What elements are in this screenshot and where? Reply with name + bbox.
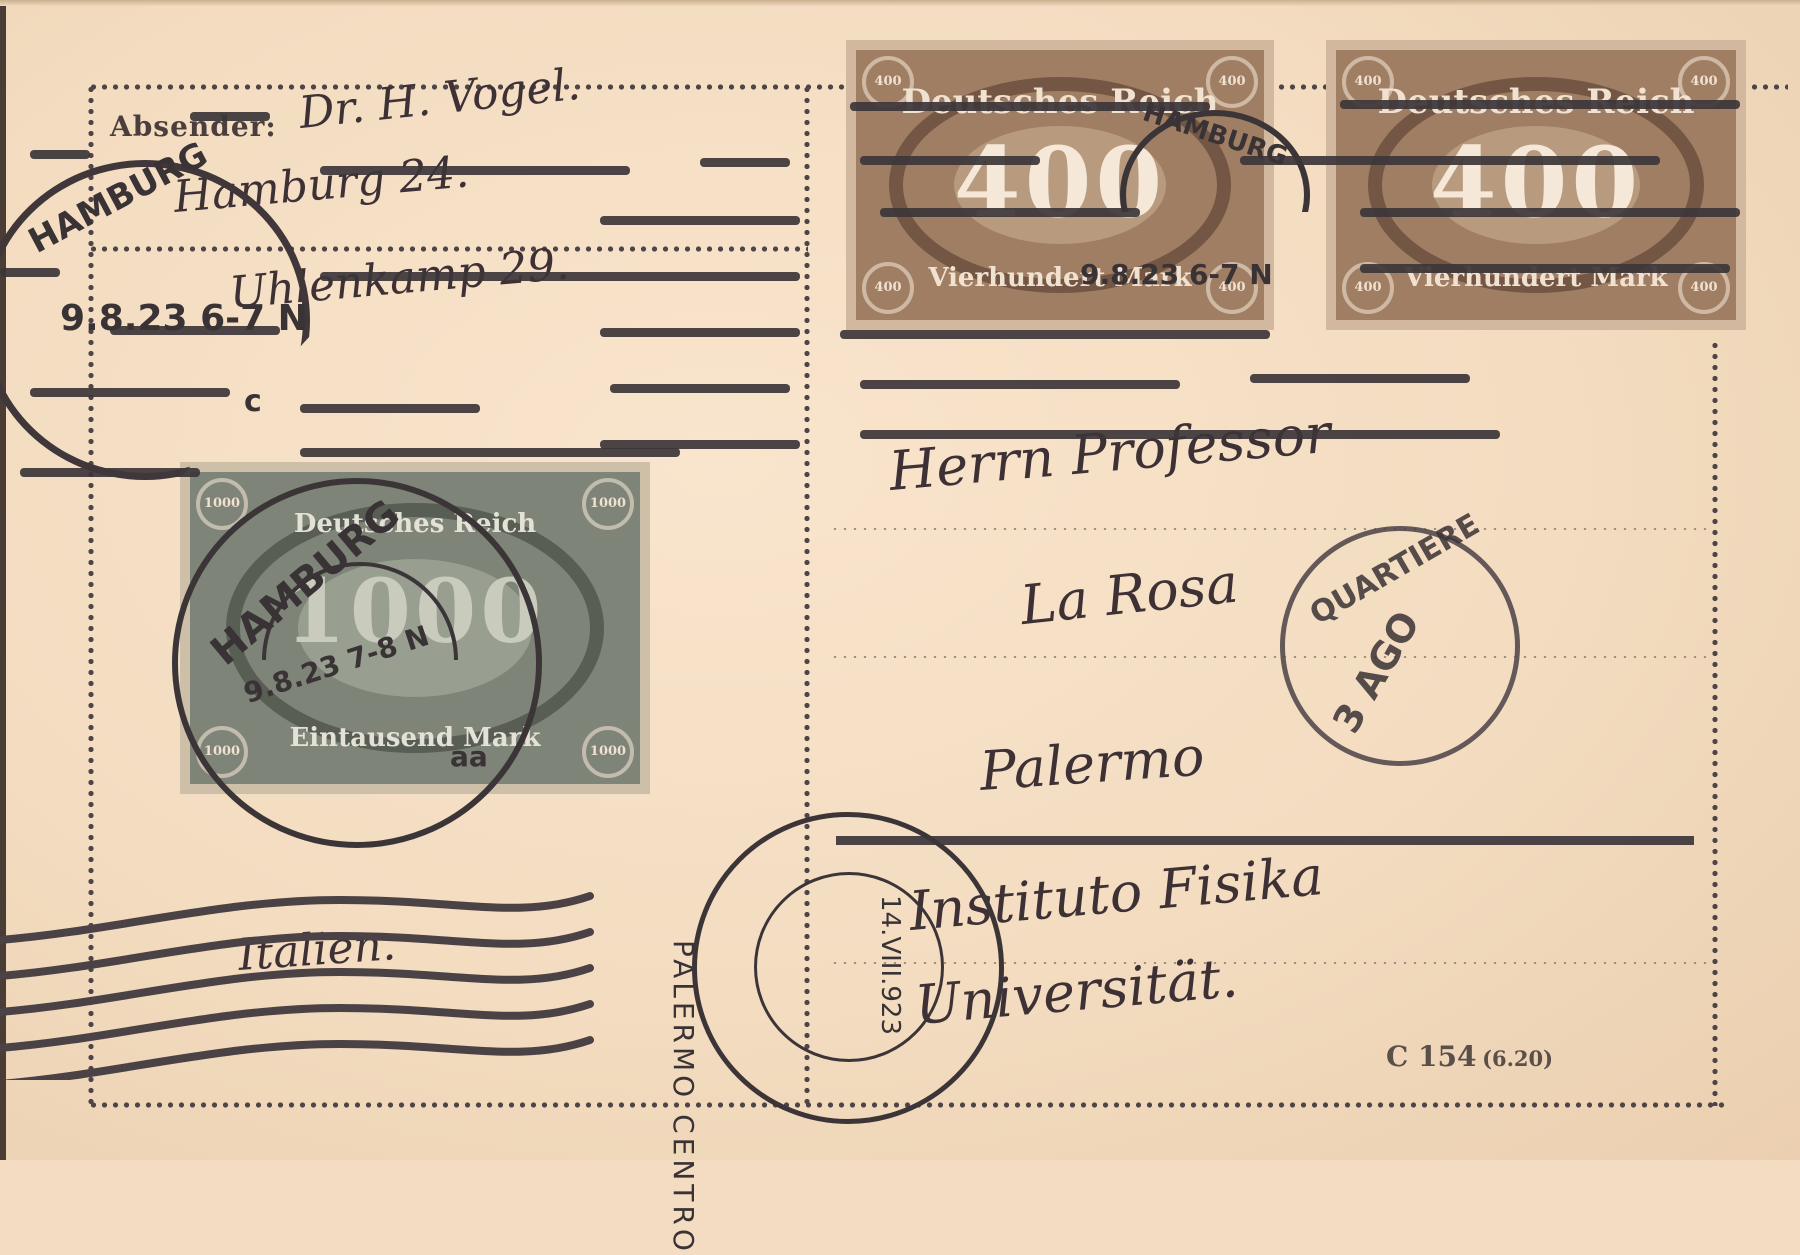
address-line-1 bbox=[830, 528, 1710, 530]
postmark-date: 9.8.23 6-7 N bbox=[60, 298, 308, 339]
postmark-date: 14.VIII.923 bbox=[875, 895, 905, 1035]
postcard: Absender: Dr. H. Vogel. Hamburg 24. Uhle… bbox=[0, 0, 1800, 1160]
postmark-date: 9.8.23 6-7 N bbox=[1080, 258, 1273, 291]
wavy-cancel-lines bbox=[0, 880, 600, 1080]
stamp-400-mark-right: 400 400 400 400 Deutsches Reich 400 Vier… bbox=[1326, 40, 1746, 330]
card-edge-top bbox=[0, 0, 1800, 6]
stamp-value: 400 bbox=[1336, 126, 1736, 239]
form-code: C 154 (6.20) bbox=[1386, 1040, 1553, 1073]
postmark-city: PALERMO CENTRO bbox=[667, 940, 700, 1160]
recipient-line-1: Herrn Professor bbox=[887, 402, 1334, 503]
frame-right-border bbox=[1712, 340, 1718, 1106]
recipient-line-2: La Rosa bbox=[1017, 552, 1241, 637]
sender-name: Dr. H. Vogel. bbox=[297, 59, 583, 139]
recipient-line-3: Palermo bbox=[978, 724, 1207, 803]
postmark-sub: c bbox=[244, 384, 262, 419]
address-line-2 bbox=[830, 656, 1710, 658]
postmark-sub: aa bbox=[450, 740, 488, 773]
palermo-centro-inner-ring bbox=[754, 872, 944, 1062]
address-solid-rule bbox=[836, 836, 1694, 845]
